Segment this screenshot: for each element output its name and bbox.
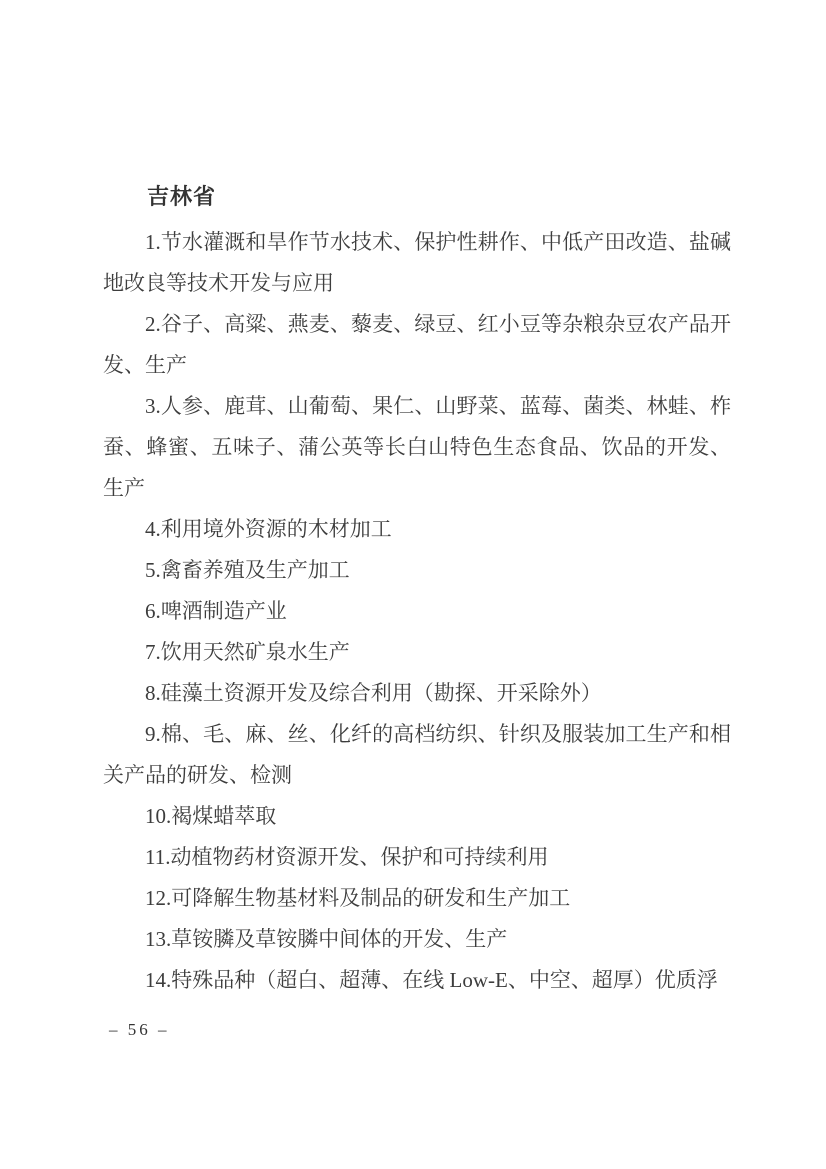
list-item-8: 8.硅藻土资源开发及综合利用（勘探、开采除外）: [103, 673, 731, 714]
list-item-11: 11.动植物药材资源开发、保护和可持续利用: [103, 837, 731, 878]
list-item-10: 10.褐煤蜡萃取: [103, 796, 731, 837]
list-item-3: 3.人参、鹿茸、山葡萄、果仁、山野菜、蓝莓、菌类、林蛙、柞蚕、蜂蜜、五味子、蒲公…: [103, 386, 731, 509]
province-heading: 吉林省: [103, 176, 731, 217]
list-item-2: 2.谷子、高粱、燕麦、藜麦、绿豆、红小豆等杂粮杂豆农产品开发、生产: [103, 304, 731, 386]
document-body: 吉林省 1.节水灌溉和旱作节水技术、保护性耕作、中低产田改造、盐碱地改良等技术开…: [103, 176, 731, 1001]
page-number: – 56 –: [109, 1018, 170, 1042]
list-item-1: 1.节水灌溉和旱作节水技术、保护性耕作、中低产田改造、盐碱地改良等技术开发与应用: [103, 222, 731, 304]
list-item-5: 5.禽畜养殖及生产加工: [103, 550, 731, 591]
list-item-6: 6.啤酒制造产业: [103, 591, 731, 632]
list-item-14: 14.特殊品种（超白、超薄、在线 Low-E、中空、超厚）优质浮: [103, 960, 731, 1001]
list-item-7: 7.饮用天然矿泉水生产: [103, 632, 731, 673]
document-page: 吉林省 1.节水灌溉和旱作节水技术、保护性耕作、中低产田改造、盐碱地改良等技术开…: [0, 0, 826, 1169]
list-item-9: 9.棉、毛、麻、丝、化纤的高档纺织、针织及服装加工生产和相关产品的研发、检测: [103, 714, 731, 796]
list-item-13: 13.草铵膦及草铵膦中间体的开发、生产: [103, 919, 731, 960]
list-item-12: 12.可降解生物基材料及制品的研发和生产加工: [103, 878, 731, 919]
list-item-4: 4.利用境外资源的木材加工: [103, 509, 731, 550]
